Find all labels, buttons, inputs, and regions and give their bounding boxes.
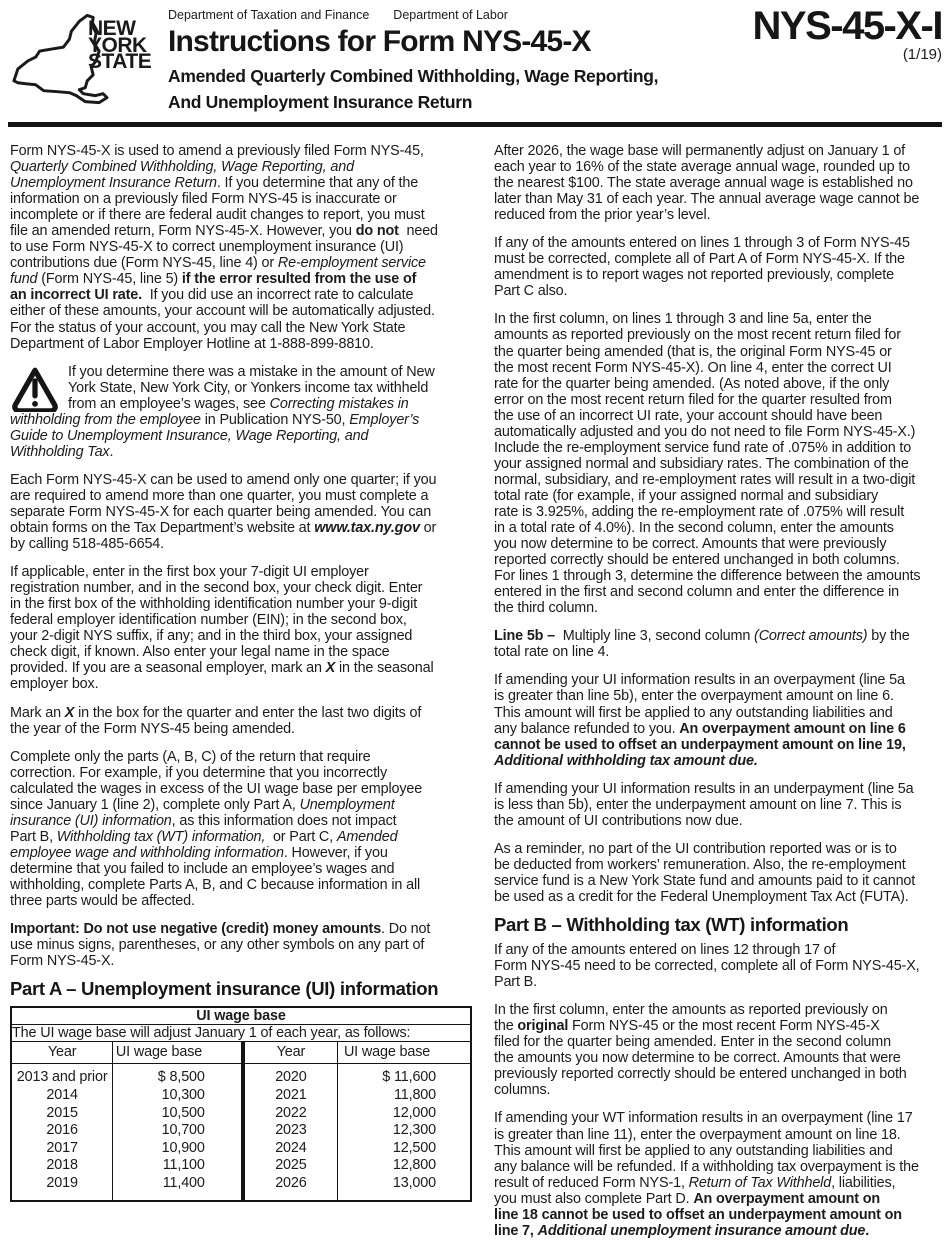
paragraph: In the first column, enter the amounts a…: [494, 1002, 944, 1098]
table-cell: 2016: [11, 1122, 113, 1140]
table-cell: 2014: [11, 1087, 113, 1105]
paragraph: Line 5b – Multiply line 3, second column…: [494, 628, 944, 660]
table-cell: 2022: [243, 1105, 338, 1123]
table-cell: 2019: [11, 1175, 113, 1201]
table-cell: 10,900: [113, 1140, 243, 1158]
logo-word-state: STATE: [88, 54, 151, 71]
logo-wordmark: NEW YORK STATE: [88, 21, 151, 71]
paragraph: If amending your UI information results …: [494, 672, 944, 768]
paragraph: As a reminder, no part of the UI contrib…: [494, 841, 944, 905]
ui-wage-base-table: UI wage baseThe UI wage base will adjust…: [10, 1006, 472, 1201]
text-run: If amending your UI information results …: [494, 781, 914, 829]
left-column: Form NYS-45-X is used to amend a previou…: [10, 143, 472, 1202]
text-run: Important: Do not use negative (credit) …: [10, 921, 381, 937]
table-cell: 2023: [243, 1122, 338, 1140]
table-cell: UI wage base: [338, 1042, 471, 1064]
table-cell: 2020: [243, 1064, 338, 1087]
warning-note: If you determine there was a mistake in …: [10, 364, 472, 460]
table-cell: $ 11,600: [338, 1064, 471, 1087]
right-column: After 2026, the wage base will permanent…: [494, 143, 944, 1251]
table-cell: 2018: [11, 1157, 113, 1175]
table-cell: 2026: [243, 1175, 338, 1201]
paragraph: If amending your UI information results …: [494, 781, 944, 829]
text-run: do not: [356, 223, 399, 239]
text-run: Withholding tax (WT) information,: [57, 829, 265, 845]
warning-icon: [10, 366, 60, 412]
table-cell: 2025: [243, 1157, 338, 1175]
table-cell: 2013 and prior: [11, 1064, 113, 1087]
section-heading: Part A – Unemployment insurance (UI) inf…: [10, 981, 472, 997]
section-heading: Part B – Withholding tax (WT) informatio…: [494, 917, 944, 933]
text-run: .: [865, 1223, 869, 1239]
table-cell: 10,500: [113, 1105, 243, 1123]
table-cell: The UI wage base will adjust January 1 o…: [11, 1025, 471, 1042]
paragraph: Mark an X in the box for the quarter and…: [10, 705, 472, 737]
form-number: NYS-45-X-I: [753, 6, 943, 46]
paragraph: Important: Do not use negative (credit) …: [10, 921, 472, 969]
text-run: If any of the amounts entered on lines 1…: [494, 235, 910, 299]
table-row: 201811,100202512,800: [11, 1157, 471, 1175]
form-revision: (1/19): [753, 46, 943, 63]
text-run: www.tax.ny.gov: [314, 520, 420, 536]
text-run: .: [109, 444, 113, 460]
table-cell: 10,700: [113, 1122, 243, 1140]
department-labor-label: Department of Labor: [393, 8, 508, 22]
table-cell: UI wage base: [113, 1042, 243, 1064]
paragraph: After 2026, the wage base will permanent…: [494, 143, 944, 223]
page-title: Instructions for Form NYS-45-X: [168, 25, 658, 59]
text-run: Return of Tax Withheld: [689, 1175, 831, 1191]
table-cell: 11,100: [113, 1157, 243, 1175]
text-run: Line 5b –: [494, 628, 555, 644]
document-page: { "header": { "logo": ["NEW", "YORK", "S…: [0, 0, 950, 1260]
table-cell: 12,000: [338, 1105, 471, 1123]
department-line: Department of Taxation and FinanceDepart…: [168, 8, 658, 22]
header-divider-rule: [8, 122, 942, 127]
table-cell: $ 8,500: [113, 1064, 243, 1087]
text-run: or Part C,: [265, 829, 337, 845]
text-run: X: [326, 660, 335, 676]
table-cell: 13,000: [338, 1175, 471, 1201]
text-run: Multiply line 3, second column: [555, 628, 754, 644]
paragraph: In the first column, on lines 1 through …: [494, 311, 944, 616]
table-note-row: The UI wage base will adjust January 1 o…: [11, 1025, 471, 1042]
form-number-block: NYS-45-X-I (1/19): [753, 6, 943, 63]
table-cell: 12,500: [338, 1140, 471, 1158]
paragraph: If amending your WT information results …: [494, 1110, 944, 1238]
paragraph: If any of the amounts entered on lines 1…: [494, 235, 944, 299]
text-run: After 2026, the wage base will permanent…: [494, 143, 919, 223]
table-header-row: YearUI wage baseYearUI wage base: [11, 1042, 471, 1064]
text-run: (Form NYS-45, line 5): [37, 271, 182, 287]
text-run: If any of the amounts entered on lines 1…: [494, 942, 920, 990]
paragraph: Each Form NYS-45-X can be used to amend …: [10, 472, 472, 552]
text-run: Mark an: [10, 705, 65, 721]
text-run: X: [65, 705, 74, 721]
table-row: 2013 and prior$ 8,5002020$ 11,600: [11, 1064, 471, 1087]
table-row: 201610,700202312,300: [11, 1122, 471, 1140]
text-run: (Correct amounts): [754, 628, 867, 644]
paragraph: If any of the amounts entered on lines 1…: [494, 942, 944, 990]
paragraph: If applicable, enter in the first box yo…: [10, 564, 472, 692]
text-run: in Publication NYS-50,: [201, 412, 349, 428]
table-cell: Year: [11, 1042, 113, 1064]
table-cell: 2017: [11, 1140, 113, 1158]
table-row: 201710,900202412,500: [11, 1140, 471, 1158]
header: Department of Taxation and FinanceDepart…: [168, 8, 658, 115]
table-cell: 10,300: [113, 1087, 243, 1105]
page-subtitle: Amended Quarterly Combined Withholding, …: [168, 63, 658, 115]
paragraph: Complete only the parts (A, B, C) of the…: [10, 749, 472, 909]
text-run: Additional unemployment insurance amount…: [538, 1223, 866, 1239]
text-run: Form NYS-45-X is used to amend a previou…: [10, 143, 424, 159]
department-taxation-label: Department of Taxation and Finance: [168, 8, 369, 22]
table-title-row: UI wage base: [11, 1007, 471, 1025]
table-row: 201410,300202111,800: [11, 1087, 471, 1105]
table-cell: UI wage base: [11, 1007, 471, 1025]
table-cell: 12,300: [338, 1122, 471, 1140]
table-row: 201510,500202212,000: [11, 1105, 471, 1123]
table-cell: 11,800: [338, 1087, 471, 1105]
table-cell: 2015: [11, 1105, 113, 1123]
table-cell: Year: [243, 1042, 338, 1064]
text-run: original: [517, 1018, 568, 1034]
table-cell: 2024: [243, 1140, 338, 1158]
text-run: As a reminder, no part of the UI contrib…: [494, 841, 915, 905]
table-cell: 11,400: [113, 1175, 243, 1201]
table-cell: 2021: [243, 1087, 338, 1105]
text-run: In the first column, on lines 1 through …: [494, 311, 920, 616]
text-run: Additional withholding tax amount due.: [494, 753, 758, 769]
paragraph: Form NYS-45-X is used to amend a previou…: [10, 143, 472, 352]
table-cell: 12,800: [338, 1157, 471, 1175]
table-row: 201911,400202613,000: [11, 1175, 471, 1201]
